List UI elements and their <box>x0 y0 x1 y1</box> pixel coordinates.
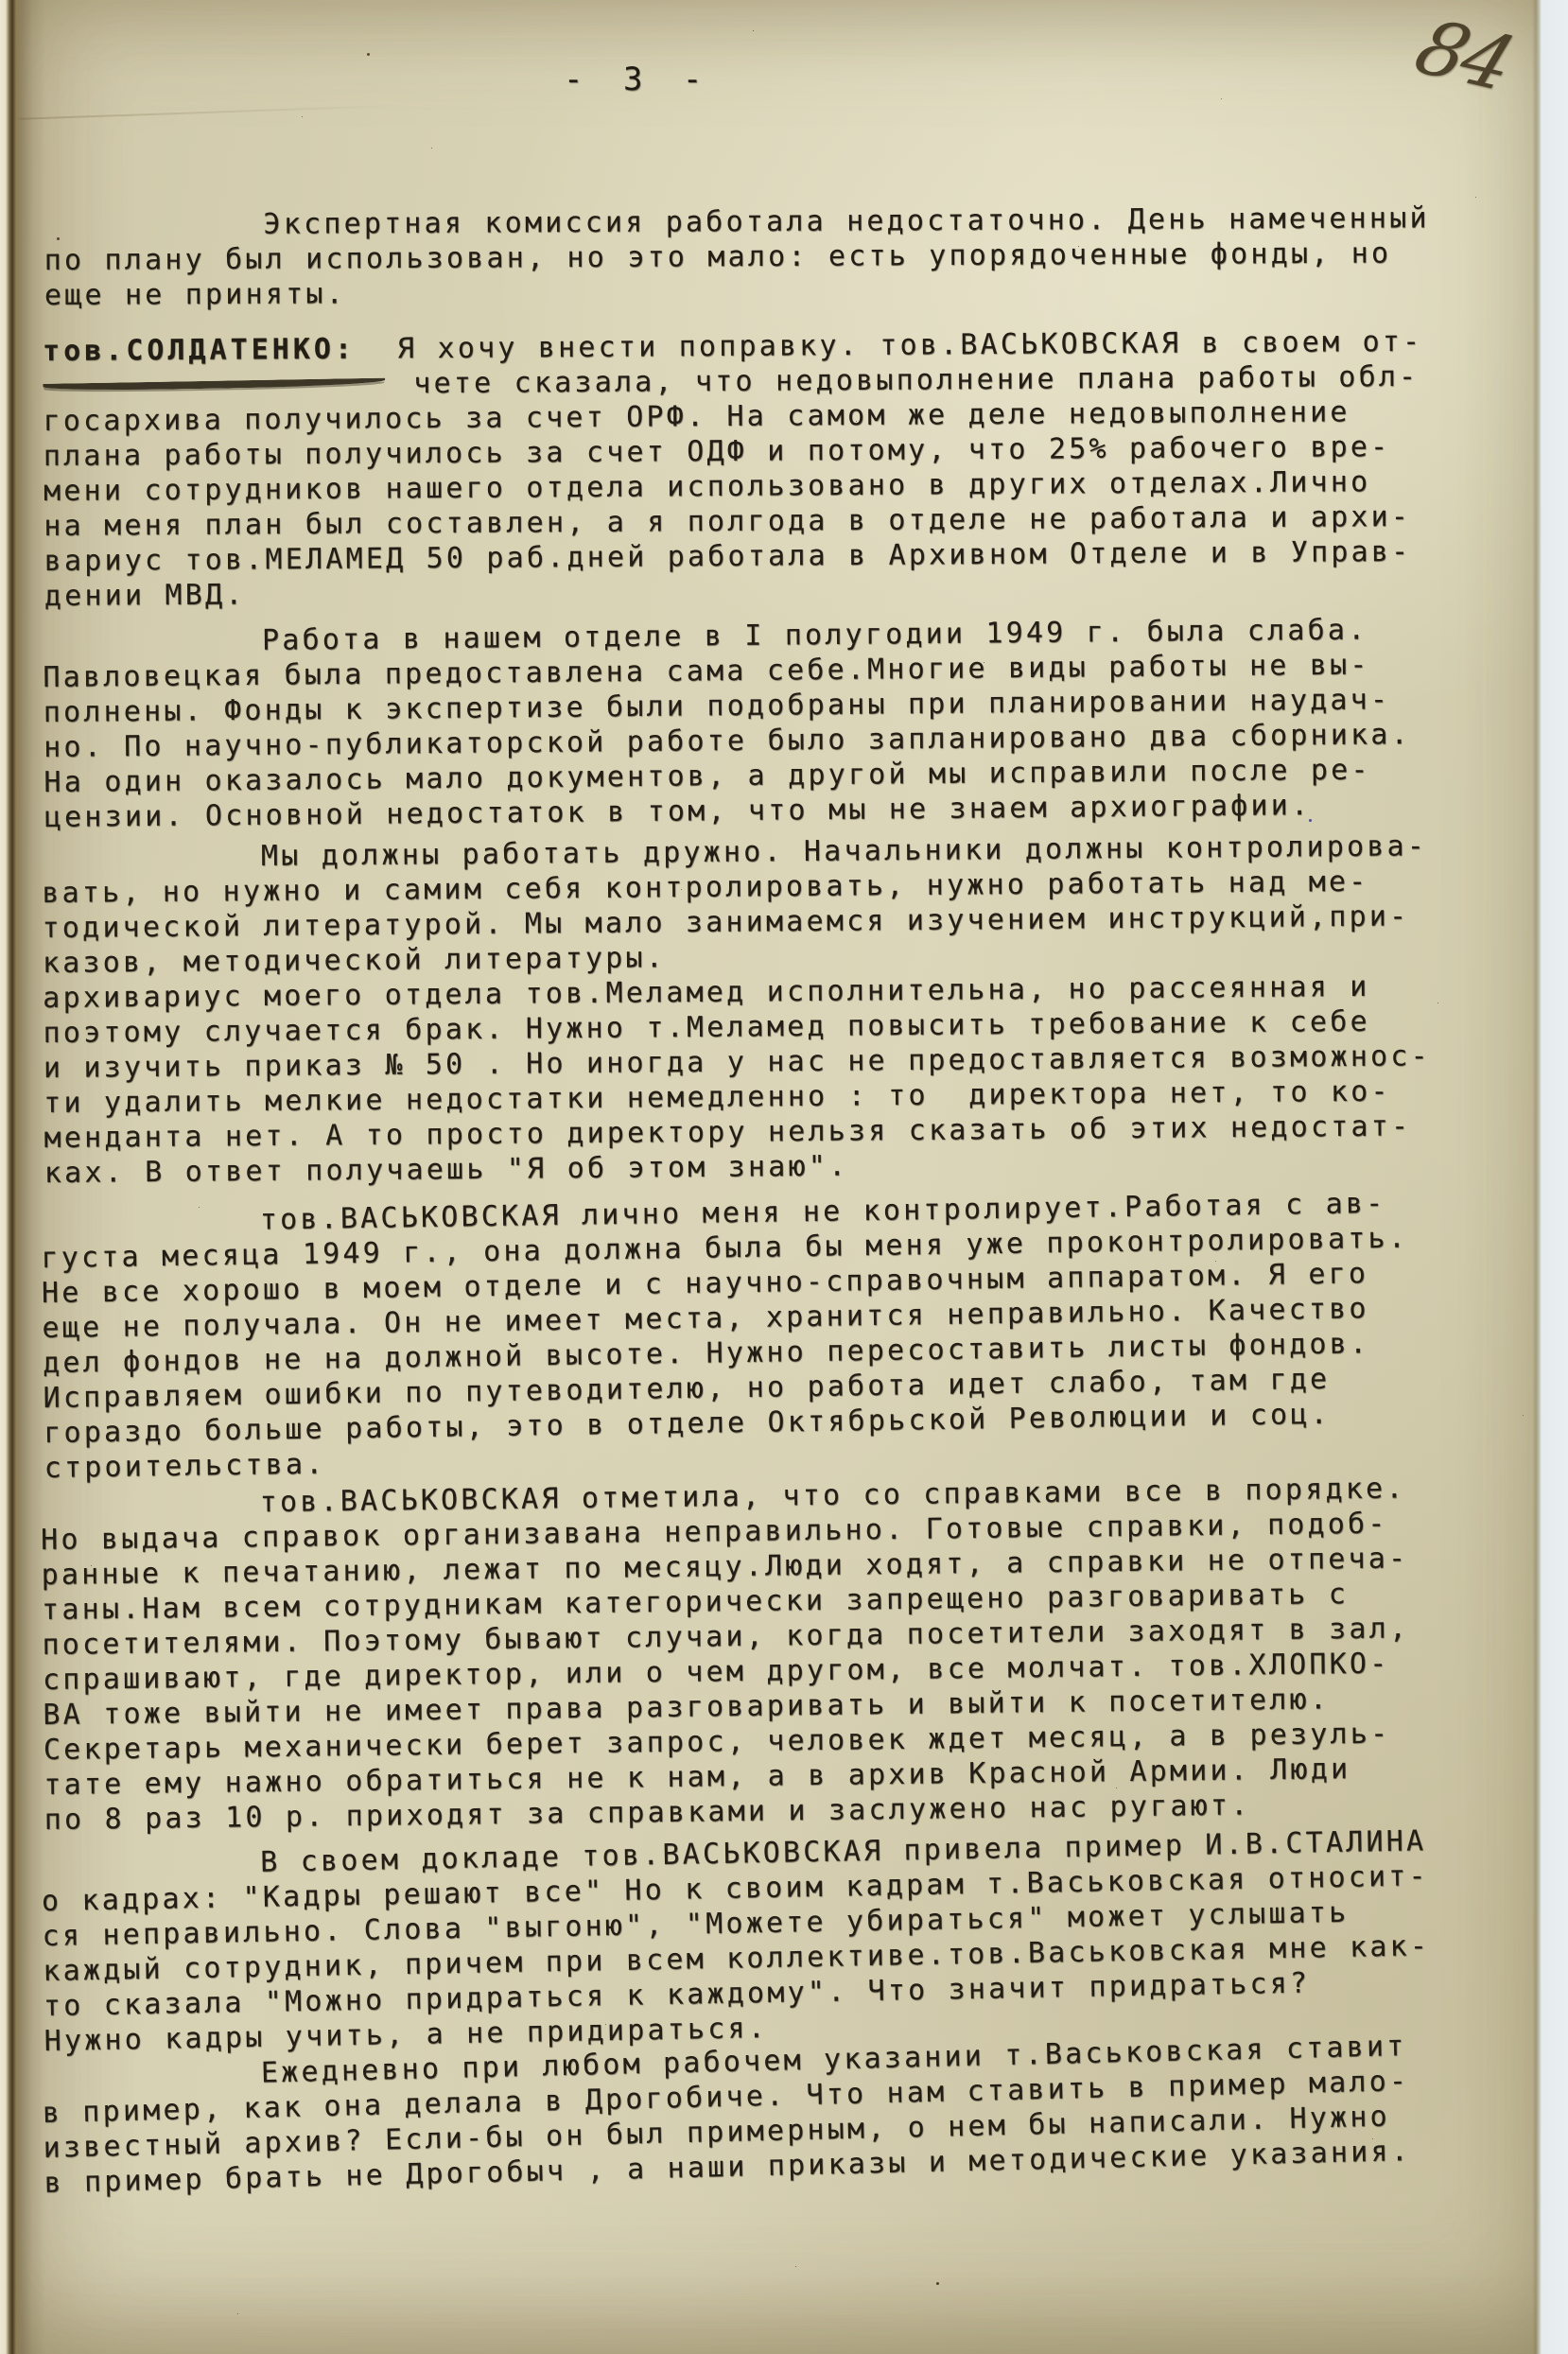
paragraph: тов.СОЛДАТЕНКО:Я хочу внести поправку. т… <box>43 323 1539 614</box>
document-text: Экспертная комиссия работала недостаточн… <box>44 208 1539 2201</box>
text-line: еще не приняты. <box>44 270 1539 313</box>
scanned-document-page: - 3 - 84 Экспертная комиссия работала не… <box>0 0 1568 2354</box>
speaker-name: тов.СОЛДАТЕНКО: <box>43 333 356 368</box>
speaker-underline <box>43 378 385 392</box>
paragraph: тов.ВАСЬКОВСКАЯ лично меня не контролиру… <box>41 1184 1539 1486</box>
paragraph: Работа в нашем отделе в I полугодии 1949… <box>43 611 1539 835</box>
paper-fold-crease <box>0 104 407 120</box>
handwritten-folio-number: 84 <box>1404 4 1523 108</box>
paragraph: Экспертная комиссия работала недостаточн… <box>44 201 1539 313</box>
book-spine-edge <box>0 0 45 2354</box>
paragraph: тов.ВАСЬКОВСКАЯ отметила, что со справка… <box>40 1470 1538 1838</box>
hanging-line-text: чете сказала, что недовыполнение плана р… <box>413 360 1419 400</box>
page-number: - 3 - <box>564 61 705 98</box>
paragraph: Мы должны работать дружно. Начальники до… <box>42 828 1539 1191</box>
paragraph: В своем докладе тов.ВАСЬКОВСКАЯ привела … <box>41 1822 1539 2059</box>
